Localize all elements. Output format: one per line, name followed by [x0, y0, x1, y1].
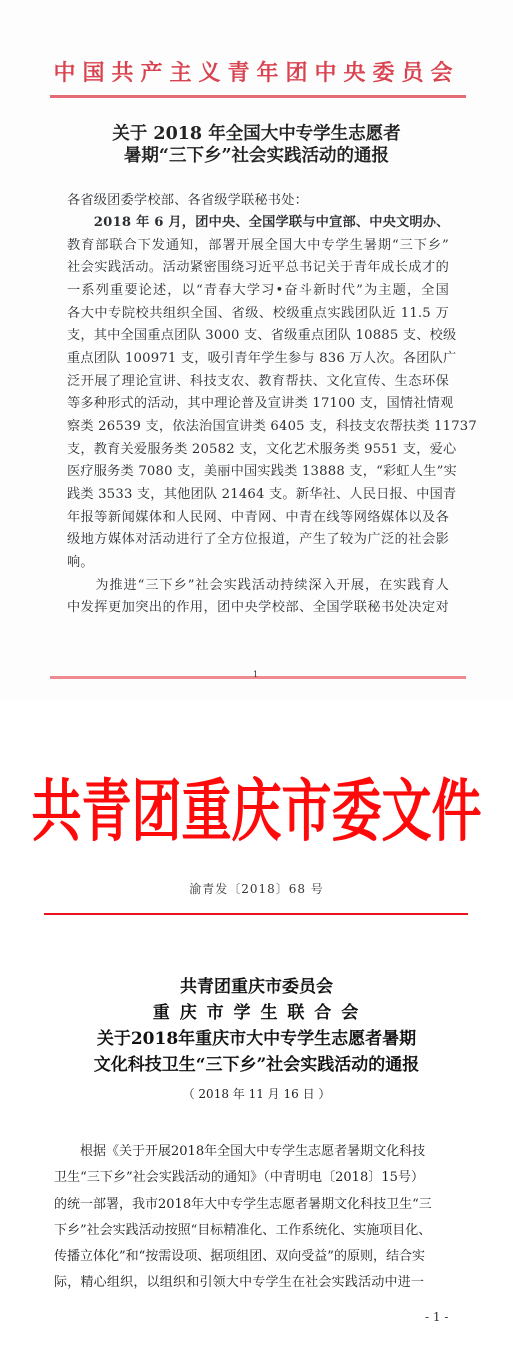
body-line: 中发挥更加突出的作用，团中央学校部、全国学联秘书处决定对 [67, 596, 449, 615]
issuer-header: 共青团重庆市委文件 [0, 778, 513, 846]
issuer-header: 中国共产主义青年团中央委员会 [0, 56, 513, 87]
body-line: 2018 年 6 月，团中央、全国学联与中宣部、中央文明办、 [67, 211, 449, 230]
document-number: 渝青发〔2018〕68 号 [0, 880, 513, 897]
body-line: 下乡”社会实践活动按照“目标精准化、工作系统化、实施项目化、 [54, 1219, 424, 1238]
body-line: 践类 3533 支，其他团队 21464 支。新华社、人民日报、中国青 [67, 483, 449, 502]
body-line: 泛开展了理论宣讲、科技支农、教育帮扶、文化宣传、生态环保 [67, 370, 449, 389]
document-page-2: 共青团重庆市委文件 渝青发〔2018〕68 号 共青团重庆市委员会 重 庆 市 … [0, 700, 513, 1368]
notice-title-line-3: 关于2018年重庆市大中专学生志愿者暑期 [0, 1024, 513, 1049]
body-line: 年报等新闻媒体和人民网、中青网、中青在线等网络媒体以及各 [67, 506, 449, 525]
addressee-line: 各省级团委学校部、各省级学联秘书处： [67, 189, 449, 208]
page-number: - 1 - [425, 1310, 448, 1324]
body-line: 一系列重要论述，以“青春大学习•奋斗新时代”为主题，全国 [67, 279, 449, 298]
body-line: 社会实践活动。活动紧密围绕习近平总书记关于青年成长成才的 [67, 256, 449, 275]
body-line: 传播立体化”和“按需设项、据项组团、双向受益”的原则，结合实 [54, 1245, 424, 1264]
body-line: 教育部联合下发通知，部署开展全国大中专学生暑期“三下乡” [67, 234, 449, 253]
header-red-rule [44, 913, 468, 915]
body-line: 医疗服务类 7080 支，美丽中国实践类 13888 支，“彩虹人生”实 [67, 460, 449, 479]
body-line: 各大中专院校共组织全国、省级、校级重点实践团队近 11.5 万 [67, 302, 449, 321]
body-line: 卫生“三下乡”社会实践活动的通知》（中青明电〔2018〕15号） [54, 1166, 424, 1185]
body-line: 支，教育关爱服务类 20582 支，文化艺术服务类 9551 支，爱心 [67, 438, 449, 457]
body-line: 际，精心组织，以组织和引领大中专学生在社会实践活动中进一 [54, 1271, 424, 1290]
body-line: 为推进“三下乡”社会实践活动持续深入开展，在实践育人 [67, 574, 449, 593]
body-line: 等多种形式的活动，其中理论普及宣讲类 17100 支，国情社情观 [67, 392, 449, 411]
body-line: 重点团队 100971 支，吸引青年学生参与 836 万人次。各团队广 [67, 347, 449, 366]
body-line: 级地方媒体对活动进行了全方位报道，产生了较为广泛的社会影 [67, 528, 449, 547]
header-red-rule [50, 95, 466, 98]
body-line: 根据《关于开展2018年全国大中专学生志愿者暑期文化科技 [54, 1140, 424, 1159]
page-number: 1 [253, 670, 258, 679]
notice-title-line-4: 文化科技卫生“三下乡”社会实践活动的通报 [0, 1050, 513, 1075]
notice-title-line-2: 暑期“三下乡”社会实践活动的通报 [0, 142, 513, 167]
body-line: 响。 [67, 551, 449, 570]
body-line: 的统一部署，我市2018年大中专学生志愿者暑期文化科技卫生“三 [54, 1193, 424, 1212]
body-line: 察类 26539 支，依法治国宣讲类 6405 支，科技支农帮扶类 11737 [67, 415, 449, 434]
notice-date: （ 2018 年 11 月 16 日 ） [0, 1085, 513, 1102]
notice-title-line-1: 共青团重庆市委员会 [0, 972, 513, 997]
document-page-1: 中国共产主义青年团中央委员会 关于 2018 年全国大中专学生志愿者 暑期“三下… [0, 0, 513, 700]
notice-title-line-2: 重 庆 市 学 生 联 合 会 [0, 998, 513, 1023]
body-line: 支，其中全国重点团队 3000 支、省级重点团队 10885 支、校级 [67, 324, 449, 343]
